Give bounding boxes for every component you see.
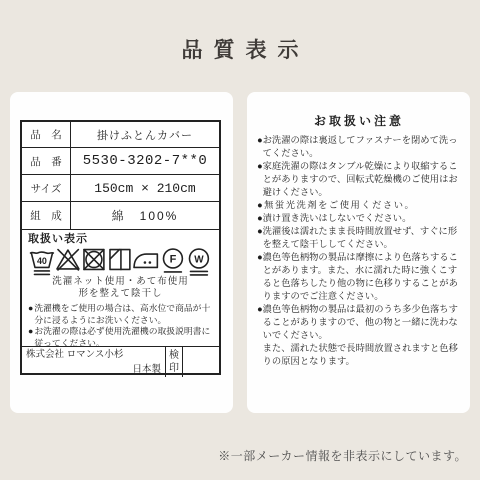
care-bullet-text: お洗濯の際は必ず使用洗濯機の取扱説明書に従ってください。 — [34, 326, 213, 347]
bullet-icon: ● — [257, 199, 264, 212]
care-bullet-item: ● 洗濯機をご使用の場合は、高水位で商品が十分に浸るようにお洗いください。 — [28, 303, 213, 326]
table-row-composition: 組 成 綿 100% — [22, 202, 219, 230]
notice-bullet-item: ● 漬け置き洗いはしないでください。 — [257, 212, 461, 225]
row-value-product-name: 掛けふとんカバー — [71, 122, 219, 147]
notice-bullet-item: ● 濃色等色柄物の製品は最初のうち多少色落ちすることがありますので、他の物と一緒… — [257, 303, 461, 368]
row-header-item-number: 品 番 — [22, 148, 71, 174]
notice-bullet-text: お洗濯の際は裏返してファスナーを閉めて洗ってください。 — [263, 134, 461, 160]
svg-text:W: W — [194, 254, 204, 265]
page-title: 品質表示 — [0, 34, 480, 64]
quality-table: 品 名 掛けふとんカバー 品 番 5530-3202-7**0 サイズ 150c… — [20, 120, 221, 375]
notice-bullet-text: 家庭洗濯の際はタンブル乾燥により収縮することがありますので、回転式乾燥機のご使用… — [263, 160, 461, 199]
handling-notice-panel: お取扱い注意 ● お洗濯の際は裏返してファスナーを閉めて洗ってください。 ● 家… — [247, 92, 470, 413]
quality-label-page: 品質表示 品 名 掛けふとんカバー 品 番 5530-3202-7**0 サイズ… — [0, 0, 480, 480]
care-symbols-row: 40 — [28, 246, 213, 276]
row-value-size: 150cm × 210cm — [71, 175, 219, 201]
notice-title: お取扱い注意 — [257, 112, 461, 129]
care-bullet-list: ● 洗濯機をご使用の場合は、高水位で商品が十分に浸るようにお洗いください。 ● … — [28, 303, 213, 347]
care-bullet-item: ● お洗濯の際は必ず使用洗濯機の取扱説明書に従ってください。 — [28, 326, 213, 347]
quality-label-panel: 品 名 掛けふとんカバー 品 番 5530-3202-7**0 サイズ 150c… — [10, 92, 233, 413]
maker-row: 株式会社 ロマンス小杉 日本製 検印 — [22, 347, 219, 377]
row-header-product-name: 品 名 — [22, 122, 71, 147]
table-row-size: サイズ 150cm × 210cm — [22, 175, 219, 202]
row-header-size: サイズ — [22, 175, 71, 201]
iron-medium-icon — [132, 246, 160, 276]
notice-bullet-item: ● お洗濯の際は裏返してファスナーを閉めて洗ってください。 — [257, 134, 461, 160]
notice-bullet-item: ● 無蛍光洗剤をご使用ください。 — [257, 199, 461, 212]
bullet-icon: ● — [28, 303, 33, 326]
notice-bullet-text: 洗濯後は濡れたまま長時間放置せず、すぐに形を整えて陰干ししてください。 — [263, 225, 461, 251]
country-of-origin: 日本製 — [132, 361, 161, 375]
care-bullet-text: 洗濯機をご使用の場合は、高水位で商品が十分に浸るようにお洗いください。 — [34, 303, 213, 326]
no-bleach-icon — [55, 246, 81, 276]
table-row-item-number: 品 番 5530-3202-7**0 — [22, 148, 219, 175]
notice-bullet-text: 漬け置き洗いはしないでください。 — [263, 212, 412, 225]
maker-company: 株式会社 ロマンス小杉 — [26, 349, 161, 361]
machine-wash-40-very-gentle-icon: 40 — [29, 246, 55, 276]
row-value-composition: 綿 100% — [71, 202, 219, 229]
table-row-product-name: 品 名 掛けふとんカバー — [22, 122, 219, 148]
row-header-composition: 組 成 — [22, 202, 71, 229]
notice-bullet-text: 濃色等色柄物の製品は摩擦により色落ちすることがあります。また、水に濡れた時に強く… — [263, 251, 461, 303]
wet-clean-very-gentle-icon: W — [186, 246, 212, 276]
no-tumble-dry-icon — [81, 246, 107, 276]
handling-notice: お取扱い注意 ● お洗濯の際は裏返してファスナーを閉めて洗ってください。 ● 家… — [247, 92, 470, 368]
notice-bullet-text: 濃色等色柄物の製品は最初のうち多少色落ちすることがありますので、他の物と一緒に洗… — [263, 303, 461, 368]
svg-text:40: 40 — [37, 256, 47, 266]
row-value-item-number: 5530-3202-7**0 — [71, 148, 219, 174]
care-note-line1: 洗濯ネット使用・あて布使用 — [28, 276, 213, 288]
care-instructions-section: 取扱い表示 40 — [22, 230, 219, 347]
svg-text:F: F — [170, 253, 177, 265]
notice-bullet-item: ● 洗濯後は濡れたまま長時間放置せず、すぐに形を整えて陰干ししてください。 — [257, 225, 461, 251]
notice-bullet-item: ● 濃色等色柄物の製品は摩擦により色落ちすることがあります。また、水に濡れた時に… — [257, 251, 461, 303]
maker-cell: 株式会社 ロマンス小杉 日本製 — [22, 347, 165, 377]
inspection-stamp-label: 検印 — [165, 347, 182, 377]
dry-clean-petroleum-gentle-icon: F — [160, 246, 186, 276]
inspection-stamp-box — [182, 347, 219, 377]
notice-bullet-text: 無蛍光洗剤をご使用ください。 — [264, 199, 415, 212]
notice-bullet-item: ● 家庭洗濯の際はタンブル乾燥により収縮することがありますので、回転式乾燥機のご… — [257, 160, 461, 199]
care-note-line2: 形を整えて陰干し — [28, 288, 213, 300]
care-section-title: 取扱い表示 — [28, 233, 213, 246]
bullet-icon: ● — [28, 326, 33, 347]
footer-note: ※一部メーカー情報を非表示にしています。 — [218, 447, 467, 464]
line-dry-in-shade-icon — [107, 246, 133, 276]
